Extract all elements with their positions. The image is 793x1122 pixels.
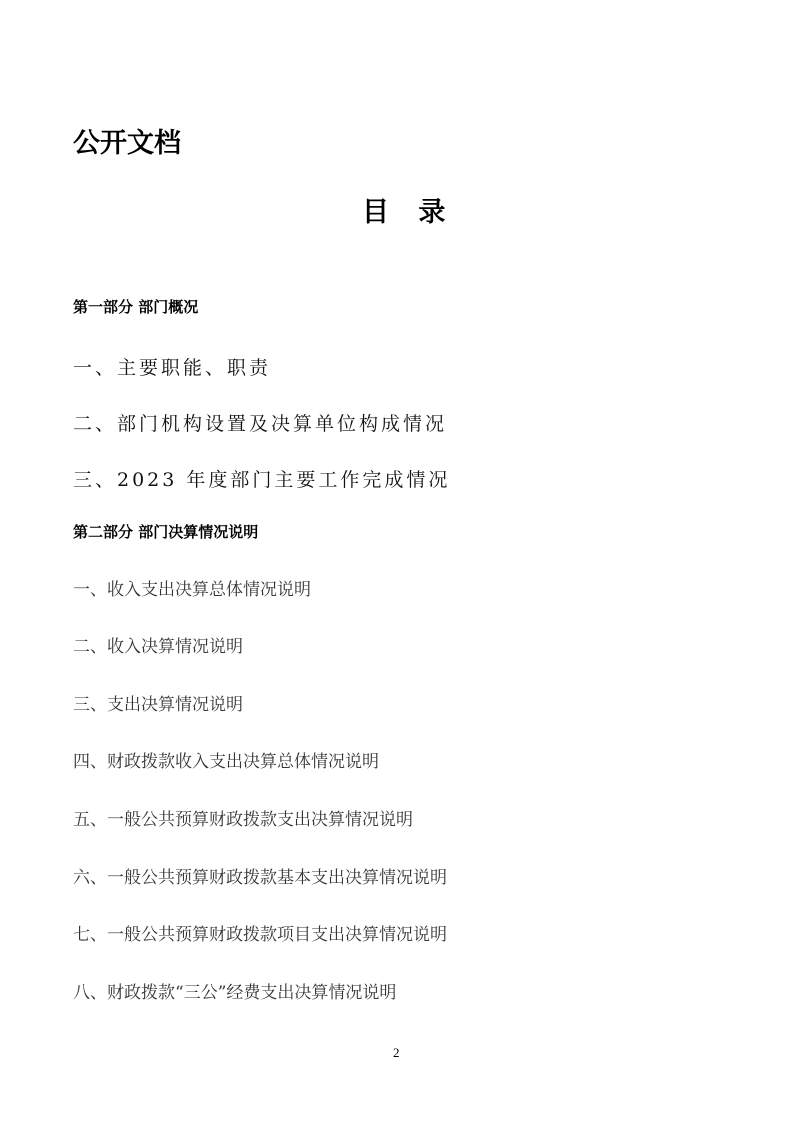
page-number: 2 xyxy=(393,1045,400,1061)
toc-item[interactable]: 三、2023 年度部门主要工作完成情况 xyxy=(73,466,450,494)
toc-item[interactable]: 七、一般公共预算财政拨款项目支出决算情况说明 xyxy=(73,922,447,948)
toc-item[interactable]: 五、一般公共预算财政拨款支出决算情况说明 xyxy=(73,807,413,833)
toc-item[interactable]: 八、财政拨款“三公”经费支出决算情况说明 xyxy=(73,980,396,1006)
part2-heading: 第二部分 部门决算情况说明 xyxy=(73,521,258,543)
toc-item[interactable]: 三、支出决算情况说明 xyxy=(73,692,243,718)
part1-heading: 第一部分 部门概况 xyxy=(73,296,198,318)
toc-item[interactable]: 六、一般公共预算财政拨款基本支出决算情况说明 xyxy=(73,865,447,891)
toc-item[interactable]: 二、部门机构设置及决算单位构成情况 xyxy=(73,410,447,438)
toc-item[interactable]: 一、主要职能、职责 xyxy=(73,354,271,382)
toc-item[interactable]: 二、收入决算情况说明 xyxy=(73,634,243,660)
document-label: 公开文档 xyxy=(73,126,181,162)
toc-title: 目 录 xyxy=(362,195,455,231)
toc-item[interactable]: 一、收入支出决算总体情况说明 xyxy=(73,577,311,603)
toc-item[interactable]: 四、财政拨款收入支出决算总体情况说明 xyxy=(73,749,379,775)
